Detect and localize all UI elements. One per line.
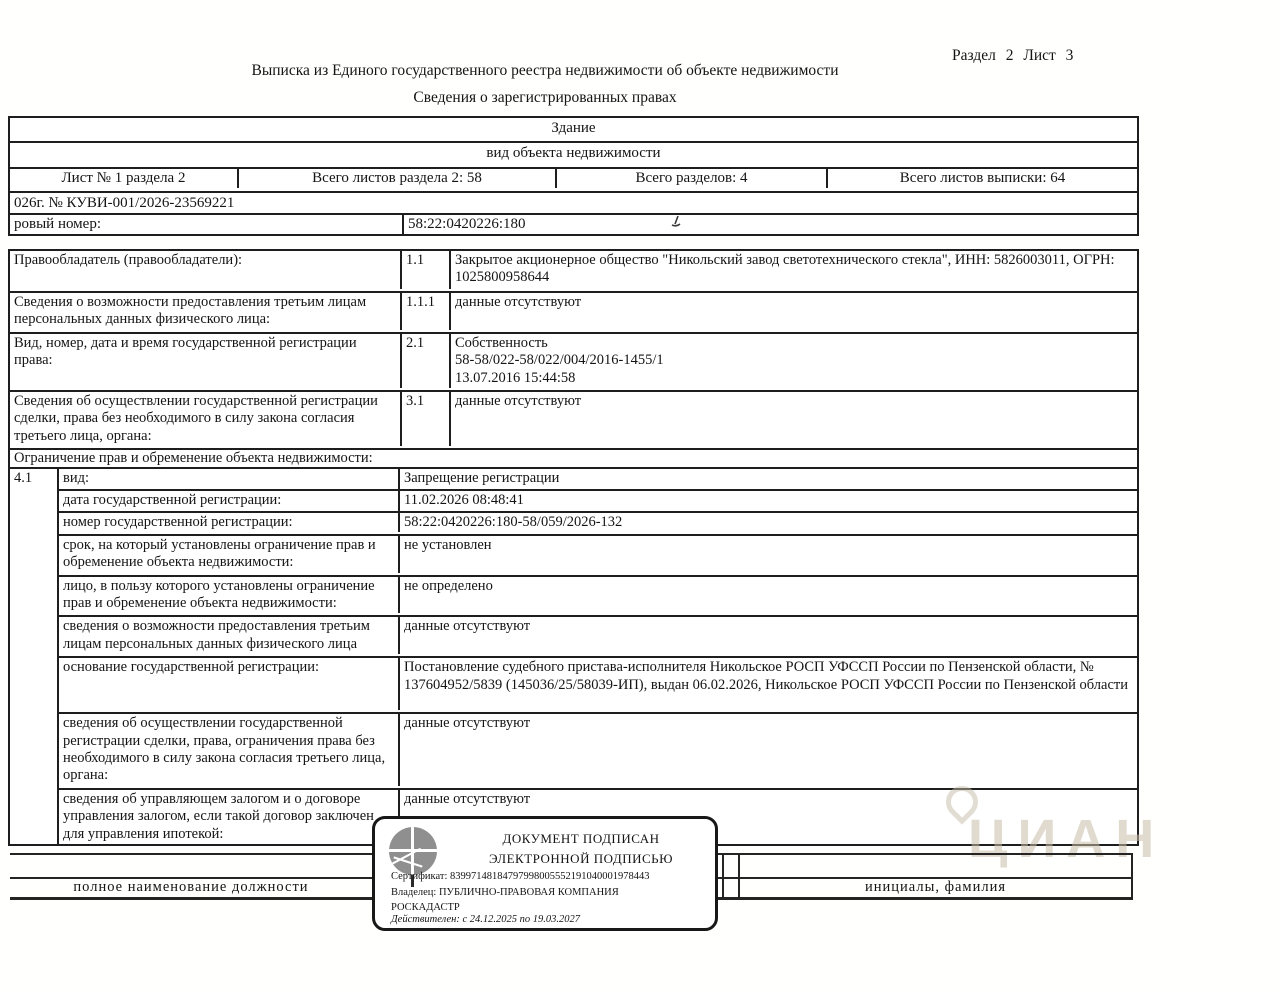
- restriction-row: лицо, в пользу которого установлены огра…: [59, 575, 1137, 614]
- sheet-cell: Всего листов раздела 2: 58: [237, 169, 555, 188]
- restrictions-header: Ограничение прав и обременение объекта н…: [10, 448, 1137, 467]
- rights-row: Правообладатель (правообладатели): 1.1 З…: [10, 251, 1137, 289]
- sheet-cell: Всего листов выписки: 64: [826, 169, 1137, 188]
- sheet-cell: Всего разделов: 4: [555, 169, 826, 188]
- stamp-title-line2: ЭЛЕКТРОННОЙ ПОДПИСЬЮ: [453, 851, 709, 867]
- rights-row: Сведения об осуществлении государственно…: [10, 390, 1137, 446]
- request-number-row: 026г. № КУВИ-001/2026-23569221: [10, 191, 1137, 214]
- restriction-row: вид: Запрещение регистрации: [59, 469, 1137, 489]
- sheet-cell: Лист № 1 раздела 2: [10, 169, 237, 188]
- row-value: 58:22:0420226:180-58/059/2026-132: [398, 513, 1137, 532]
- row-label: Вид, номер, дата и время государственной…: [10, 334, 400, 388]
- row-value: 11.02.2026 08:48:41: [398, 491, 1137, 510]
- roskadastr-logo-icon: [389, 827, 437, 875]
- stamp-title-line1: ДОКУМЕНТ ПОДПИСАН: [453, 831, 709, 847]
- restriction-row: номер государственной регистрации: 58:22…: [59, 511, 1137, 532]
- table-border: [1131, 853, 1133, 900]
- document-subtitle: Сведения о зарегистрированных правах: [0, 89, 1090, 107]
- row-label: номер государственной регистрации:: [59, 513, 398, 532]
- stamp-owner: Владелец: ПУБЛИЧНО-ПРАВОВАЯ КОМПАНИЯ РОС…: [391, 885, 643, 915]
- rights-table: Правообладатель (правообладатели): 1.1 З…: [8, 249, 1139, 846]
- restriction-row: сведения о возможности предоставления тр…: [59, 615, 1137, 654]
- row-label: основание государственной регистрации:: [59, 658, 398, 710]
- rights-row: Вид, номер, дата и время государственной…: [10, 332, 1137, 388]
- restriction-row: сведения об осуществлении государственно…: [59, 712, 1137, 786]
- object-type-caption: вид объекта недвижимости: [10, 141, 1137, 164]
- row-label: Правообладатель (правообладатели):: [10, 251, 400, 289]
- row-label: Сведения об осуществлении государственно…: [10, 392, 400, 446]
- document-title: Выписка из Единого государственного реес…: [0, 62, 1090, 80]
- sheet-info-row: Лист № 1 раздела 2 Всего листов раздела …: [10, 167, 1137, 188]
- object-type-value: Здание: [10, 118, 1137, 139]
- position-caption: полное наименование должности: [10, 879, 372, 896]
- cadastral-label: ровый номер:: [10, 215, 402, 234]
- object-header-table: Здание вид объекта недвижимости Лист № 1…: [8, 116, 1139, 236]
- row-number: 2.1: [400, 334, 449, 388]
- stamp-validity: Действителен: с 24.12.2025 по 19.03.2027: [391, 914, 580, 925]
- rights-row: Сведения о возможности предоставления тр…: [10, 291, 1137, 330]
- row-label: дата государственной регистрации:: [59, 491, 398, 510]
- row-value: данные отсутствуют: [398, 617, 1137, 654]
- cian-watermark: ЦИАН: [968, 808, 1164, 870]
- row-number: 1.1: [400, 251, 449, 289]
- stamp-certificate: Сертификат: 8399714818479799800555219104…: [391, 871, 650, 882]
- signature-stamp: ДОКУМЕНТ ПОДПИСАН ЭЛЕКТРОННОЙ ПОДПИСЬЮ С…: [372, 816, 718, 931]
- row-label: сведения об осуществлении государственно…: [59, 714, 398, 786]
- row-value: данные отсутствуют: [449, 392, 1137, 446]
- cadastral-value: 58:22:0420226:180: [402, 215, 1137, 234]
- row-label: сведения о возможности предоставления тр…: [59, 617, 398, 654]
- restriction-row: срок, на который установлены ограничение…: [59, 534, 1137, 573]
- row-value: данные отсутствуют: [398, 714, 1137, 786]
- row-value: Запрещение регистрации: [398, 469, 1137, 489]
- row-label: вид:: [59, 469, 398, 489]
- table-border: [722, 853, 724, 900]
- document-page: Раздел 2 Лист 3 Выписка из Единого госуд…: [0, 0, 1280, 990]
- restriction-row: основание государственной регистрации: П…: [59, 656, 1137, 710]
- row-number: 3.1: [400, 392, 449, 446]
- row-value: Собственность 58-58/022-58/022/004/2016-…: [449, 334, 1137, 388]
- row-number: 1.1.1: [400, 293, 449, 330]
- row-label: Сведения о возможности предоставления тр…: [10, 293, 400, 330]
- row-label: срок, на который установлены ограничение…: [59, 536, 398, 573]
- initials-caption: инициалы, фамилия: [740, 879, 1131, 896]
- row-label: лицо, в пользу которого установлены огра…: [59, 577, 398, 614]
- row-value: не определено: [398, 577, 1137, 614]
- row-value: данные отсутствуют: [449, 293, 1137, 330]
- restriction-row: дата государственной регистрации: 11.02.…: [59, 489, 1137, 510]
- restriction-rows: вид: Запрещение регистрации дата государ…: [59, 469, 1137, 844]
- row-label: сведения об управляющем залогом и о дого…: [59, 790, 398, 844]
- cadastral-row: ровый номер: 58:22:0420226:180: [10, 213, 1137, 234]
- restriction-number: 4.1: [10, 469, 59, 844]
- handwritten-mark: [668, 214, 686, 230]
- row-value: Закрытое акционерное общество "Никольски…: [449, 251, 1137, 289]
- row-value: не установлен: [398, 536, 1137, 573]
- row-value: Постановление судебного пристава-исполни…: [398, 658, 1137, 710]
